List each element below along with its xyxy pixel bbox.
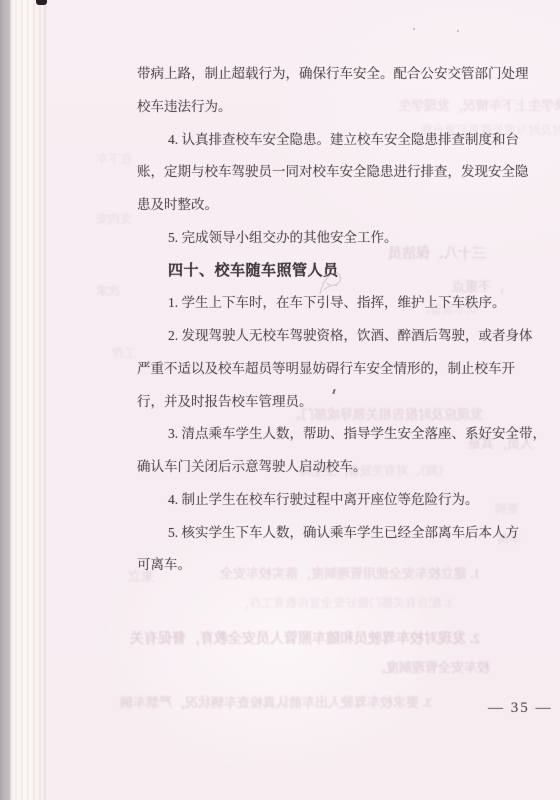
page-text: 带病上路，制止超载行为，确保行车安全。配合公安交管部门处理校车违法行为。4. 认… — [137, 64, 537, 624]
text-line: 确认车门关闭后示意驾驶人启动校车。 — [137, 457, 367, 477]
text-line: 严重不适以及校车超员等明显妨碍行车安全情形的，制止校车开 — [137, 359, 515, 379]
pencil-smudge — [314, 262, 346, 300]
text-line: 行，并及时报告校车管理员。 — [137, 392, 313, 412]
text-line: 患及时整改。 — [137, 195, 218, 215]
text-line: 5. 核实学生下车人数，确认乘车学生已经全部离车后本人方 — [168, 523, 519, 543]
text-line: 4. 制止学生在校车行驶过程中离开座位等危险行为。 — [168, 490, 479, 510]
text-line: 校车违法行为。 — [137, 97, 232, 117]
text-line: 4. 认真排查校车安全隐患。建立校车安全隐患排查制度和台 — [168, 130, 519, 150]
text-line: 2. 发现驾驶人无校车驾驶资格，饮酒、醉酒后驾驶，或者身体 — [168, 326, 533, 346]
text-line: 账，定期与校车驾驶员一同对校车安全隐患进行排查，发现安全隐 — [137, 162, 529, 182]
scan-gutter-strip — [0, 0, 10, 800]
page-number: — 35 — — [488, 700, 553, 717]
text-line: 可离车。 — [137, 555, 191, 575]
text-line: 3. 清点乘车学生人数，帮助、指导学生安全落座、系好安全带， — [168, 424, 546, 444]
scan-speck — [413, 28, 415, 30]
book-page-edges — [10, 0, 48, 800]
scan-speck — [457, 30, 459, 32]
section-heading: 四十、校车随车照管人员 — [168, 261, 339, 281]
ink-corner-mark — [36, 0, 47, 5]
scanned-book-page: 如实记录学生上下车情况，发现学生未乘车时及时与家长联系记录台账。在下车支内安三十… — [0, 0, 560, 800]
text-line: 5. 完成领导小组交办的其他安全工作。 — [168, 228, 398, 248]
text-line: 带病上路，制止超载行为，确保行车安全。配合公安交管部门处理 — [137, 64, 529, 84]
